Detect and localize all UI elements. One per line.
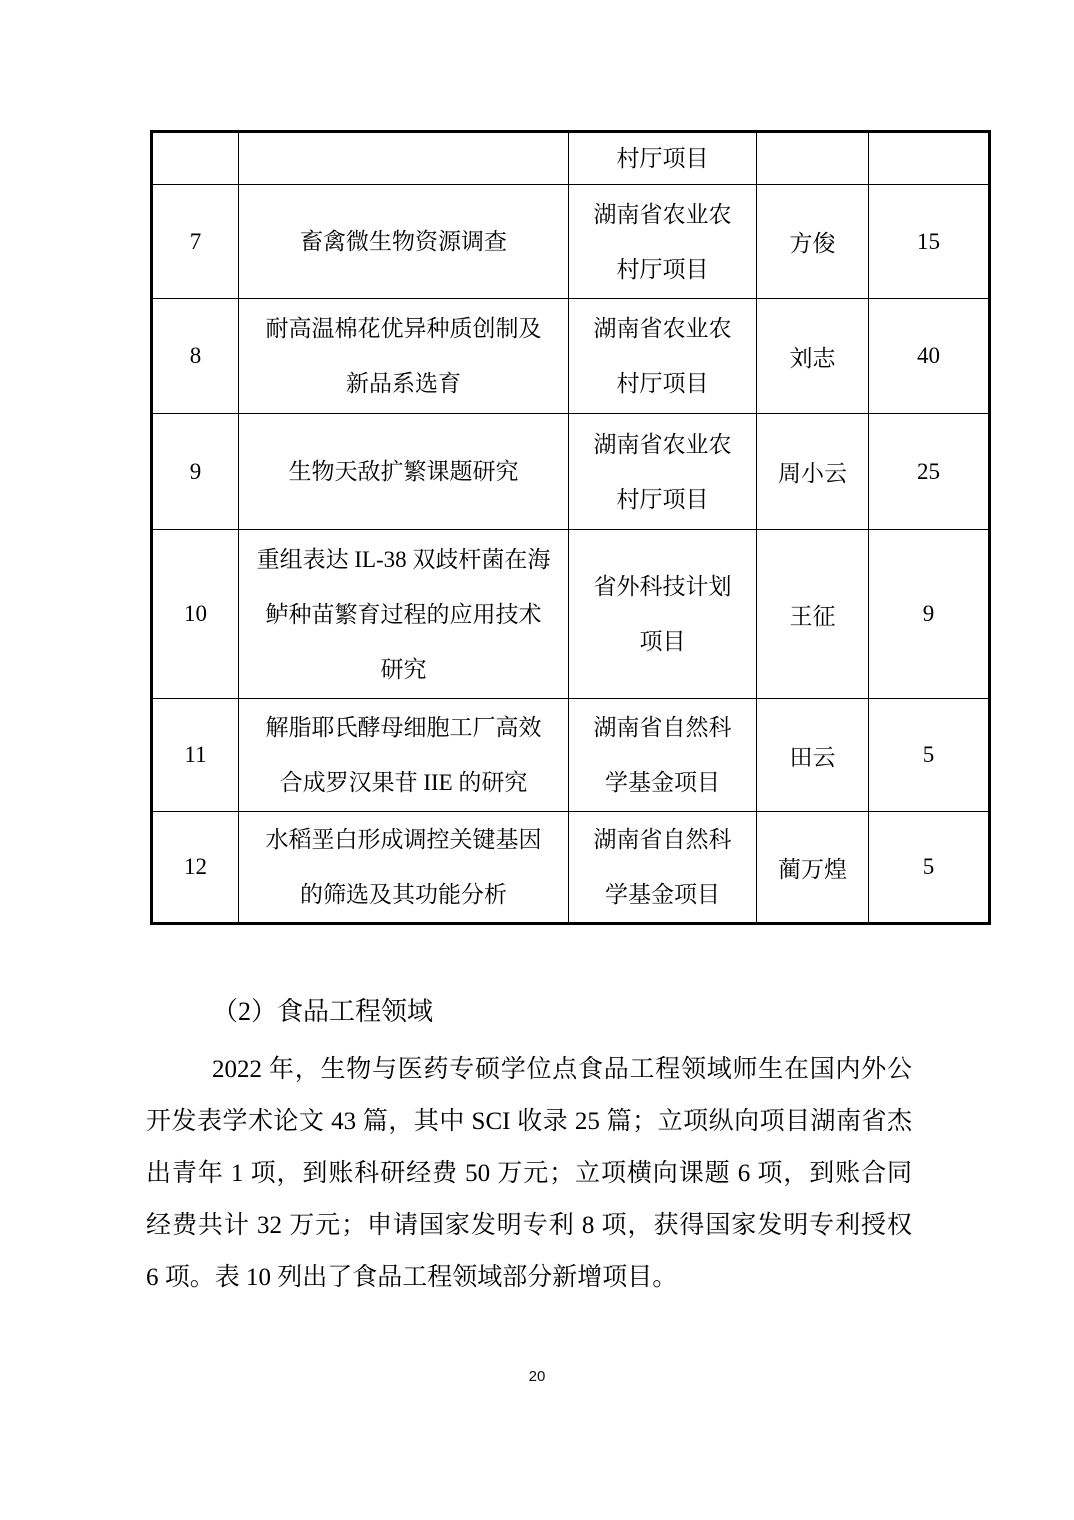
project-type-line: 村厅项目 <box>569 135 756 183</box>
paragraph-line: 开发表学术论文 43 篇，其中 SCI 收录 25 篇；立项纵向项目湖南省杰 <box>146 1096 912 1148</box>
project-type-line: 湖南省农业农 <box>569 187 756 242</box>
leader-cell: 方俊 <box>757 185 869 299</box>
row-number-cell: 11 <box>152 699 239 812</box>
project-type-line: 省外科技计划 <box>569 559 756 614</box>
project-name-cell: 解脂耶氏酵母细胞工厂高效 合成罗汉果苷 IIE 的研究 <box>239 699 569 812</box>
funding-cell: 9 <box>869 530 990 699</box>
funding-cell: 5 <box>869 699 990 812</box>
page-number: 20 <box>0 1368 1074 1385</box>
project-type-line: 学基金项目 <box>569 867 756 922</box>
table-row: 8 耐高温棉花优异种质创制及 新品系选育 湖南省农业农 村厅项目 刘志 40 <box>152 299 990 414</box>
project-name-cell: 畜禽微生物资源调查 <box>239 185 569 299</box>
project-type-line: 湖南省自然科 <box>569 812 756 867</box>
row-number-cell: 7 <box>152 185 239 299</box>
project-type-cell: 村厅项目 <box>569 132 757 185</box>
table-row: 11 解脂耶氏酵母细胞工厂高效 合成罗汉果苷 IIE 的研究 湖南省自然科 学基… <box>152 699 990 812</box>
funding-cell: 25 <box>869 414 990 530</box>
project-type-cell: 湖南省农业农 村厅项目 <box>569 299 757 414</box>
project-name-line: 耐高温棉花优异种质创制及 <box>239 301 568 356</box>
project-type-line: 湖南省自然科 <box>569 700 756 755</box>
table-row: 7 畜禽微生物资源调查 湖南省农业农 村厅项目 方俊 15 <box>152 185 990 299</box>
project-name-cell: 重组表达 IL-38 双歧杆菌在海 鲈种苗繁育过程的应用技术 研究 <box>239 530 569 699</box>
project-name-cell: 水稻垩白形成调控关键基因 的筛选及其功能分析 <box>239 812 569 924</box>
project-name-line: 鲈种苗繁育过程的应用技术 <box>239 587 568 642</box>
project-type-line: 项目 <box>569 614 756 669</box>
leader-cell: 王征 <box>757 530 869 699</box>
row-number-cell <box>152 132 239 185</box>
project-type-line: 村厅项目 <box>569 242 756 297</box>
project-type-cell: 湖南省农业农 村厅项目 <box>569 185 757 299</box>
paragraph: 2022 年，生物与医药专硕学位点食品工程领域师生在国内外公 开发表学术论文 4… <box>146 1044 912 1304</box>
table-row-carryover: 村厅项目 <box>152 132 990 185</box>
funding-cell <box>869 132 990 185</box>
project-name-line: 合成罗汉果苷 IIE 的研究 <box>239 755 568 810</box>
leader-cell: 刘志 <box>757 299 869 414</box>
project-type-line: 村厅项目 <box>569 472 756 527</box>
paragraph-line: 经费共计 32 万元；申请国家发明专利 8 项，获得国家发明专利授权 <box>146 1200 912 1252</box>
projects-table: 村厅项目 7 畜禽微生物资源调查 湖南省农业农 村厅项目 方俊 15 8 <box>150 130 991 925</box>
row-number-cell: 9 <box>152 414 239 530</box>
row-number-cell: 10 <box>152 530 239 699</box>
document-page: 村厅项目 7 畜禽微生物资源调查 湖南省农业农 村厅项目 方俊 15 8 <box>0 0 1074 1520</box>
funding-cell: 15 <box>869 185 990 299</box>
project-type-line: 村厅项目 <box>569 356 756 411</box>
project-name-line: 新品系选育 <box>239 356 568 411</box>
project-name-cell <box>239 132 569 185</box>
funding-cell: 5 <box>869 812 990 924</box>
section-heading: （2）食品工程领域 <box>212 996 433 1028</box>
paragraph-line: 出青年 1 项，到账科研经费 50 万元；立项横向课题 6 项，到账合同 <box>146 1148 912 1200</box>
project-name-line: 生物天敌扩繁课题研究 <box>239 444 568 499</box>
row-number-cell: 12 <box>152 812 239 924</box>
project-type-cell: 省外科技计划 项目 <box>569 530 757 699</box>
project-name-cell: 生物天敌扩繁课题研究 <box>239 414 569 530</box>
funding-cell: 40 <box>869 299 990 414</box>
table-row: 9 生物天敌扩繁课题研究 湖南省农业农 村厅项目 周小云 25 <box>152 414 990 530</box>
project-type-line: 学基金项目 <box>569 755 756 810</box>
row-number-cell: 8 <box>152 299 239 414</box>
project-name-line: 研究 <box>239 642 568 697</box>
project-name-line: 水稻垩白形成调控关键基因 <box>239 812 568 867</box>
project-type-cell: 湖南省自然科 学基金项目 <box>569 812 757 924</box>
project-type-cell: 湖南省农业农 村厅项目 <box>569 414 757 530</box>
leader-cell: 蔺万煌 <box>757 812 869 924</box>
table-row: 12 水稻垩白形成调控关键基因 的筛选及其功能分析 湖南省自然科 学基金项目 蔺… <box>152 812 990 924</box>
leader-cell: 田云 <box>757 699 869 812</box>
project-name-line: 畜禽微生物资源调查 <box>239 214 568 269</box>
project-name-line: 解脂耶氏酵母细胞工厂高效 <box>239 700 568 755</box>
leader-cell: 周小云 <box>757 414 869 530</box>
paragraph-line: 2022 年，生物与医药专硕学位点食品工程领域师生在国内外公 <box>146 1044 912 1096</box>
project-type-line: 湖南省农业农 <box>569 417 756 472</box>
project-name-line: 重组表达 IL-38 双歧杆菌在海 <box>239 532 568 587</box>
table-row: 10 重组表达 IL-38 双歧杆菌在海 鲈种苗繁育过程的应用技术 研究 省外科… <box>152 530 990 699</box>
leader-cell <box>757 132 869 185</box>
paragraph-line: 6 项。表 10 列出了食品工程领域部分新增项目。 <box>146 1252 912 1304</box>
project-name-line: 的筛选及其功能分析 <box>239 867 568 922</box>
project-name-cell: 耐高温棉花优异种质创制及 新品系选育 <box>239 299 569 414</box>
project-type-cell: 湖南省自然科 学基金项目 <box>569 699 757 812</box>
project-type-line: 湖南省农业农 <box>569 301 756 356</box>
